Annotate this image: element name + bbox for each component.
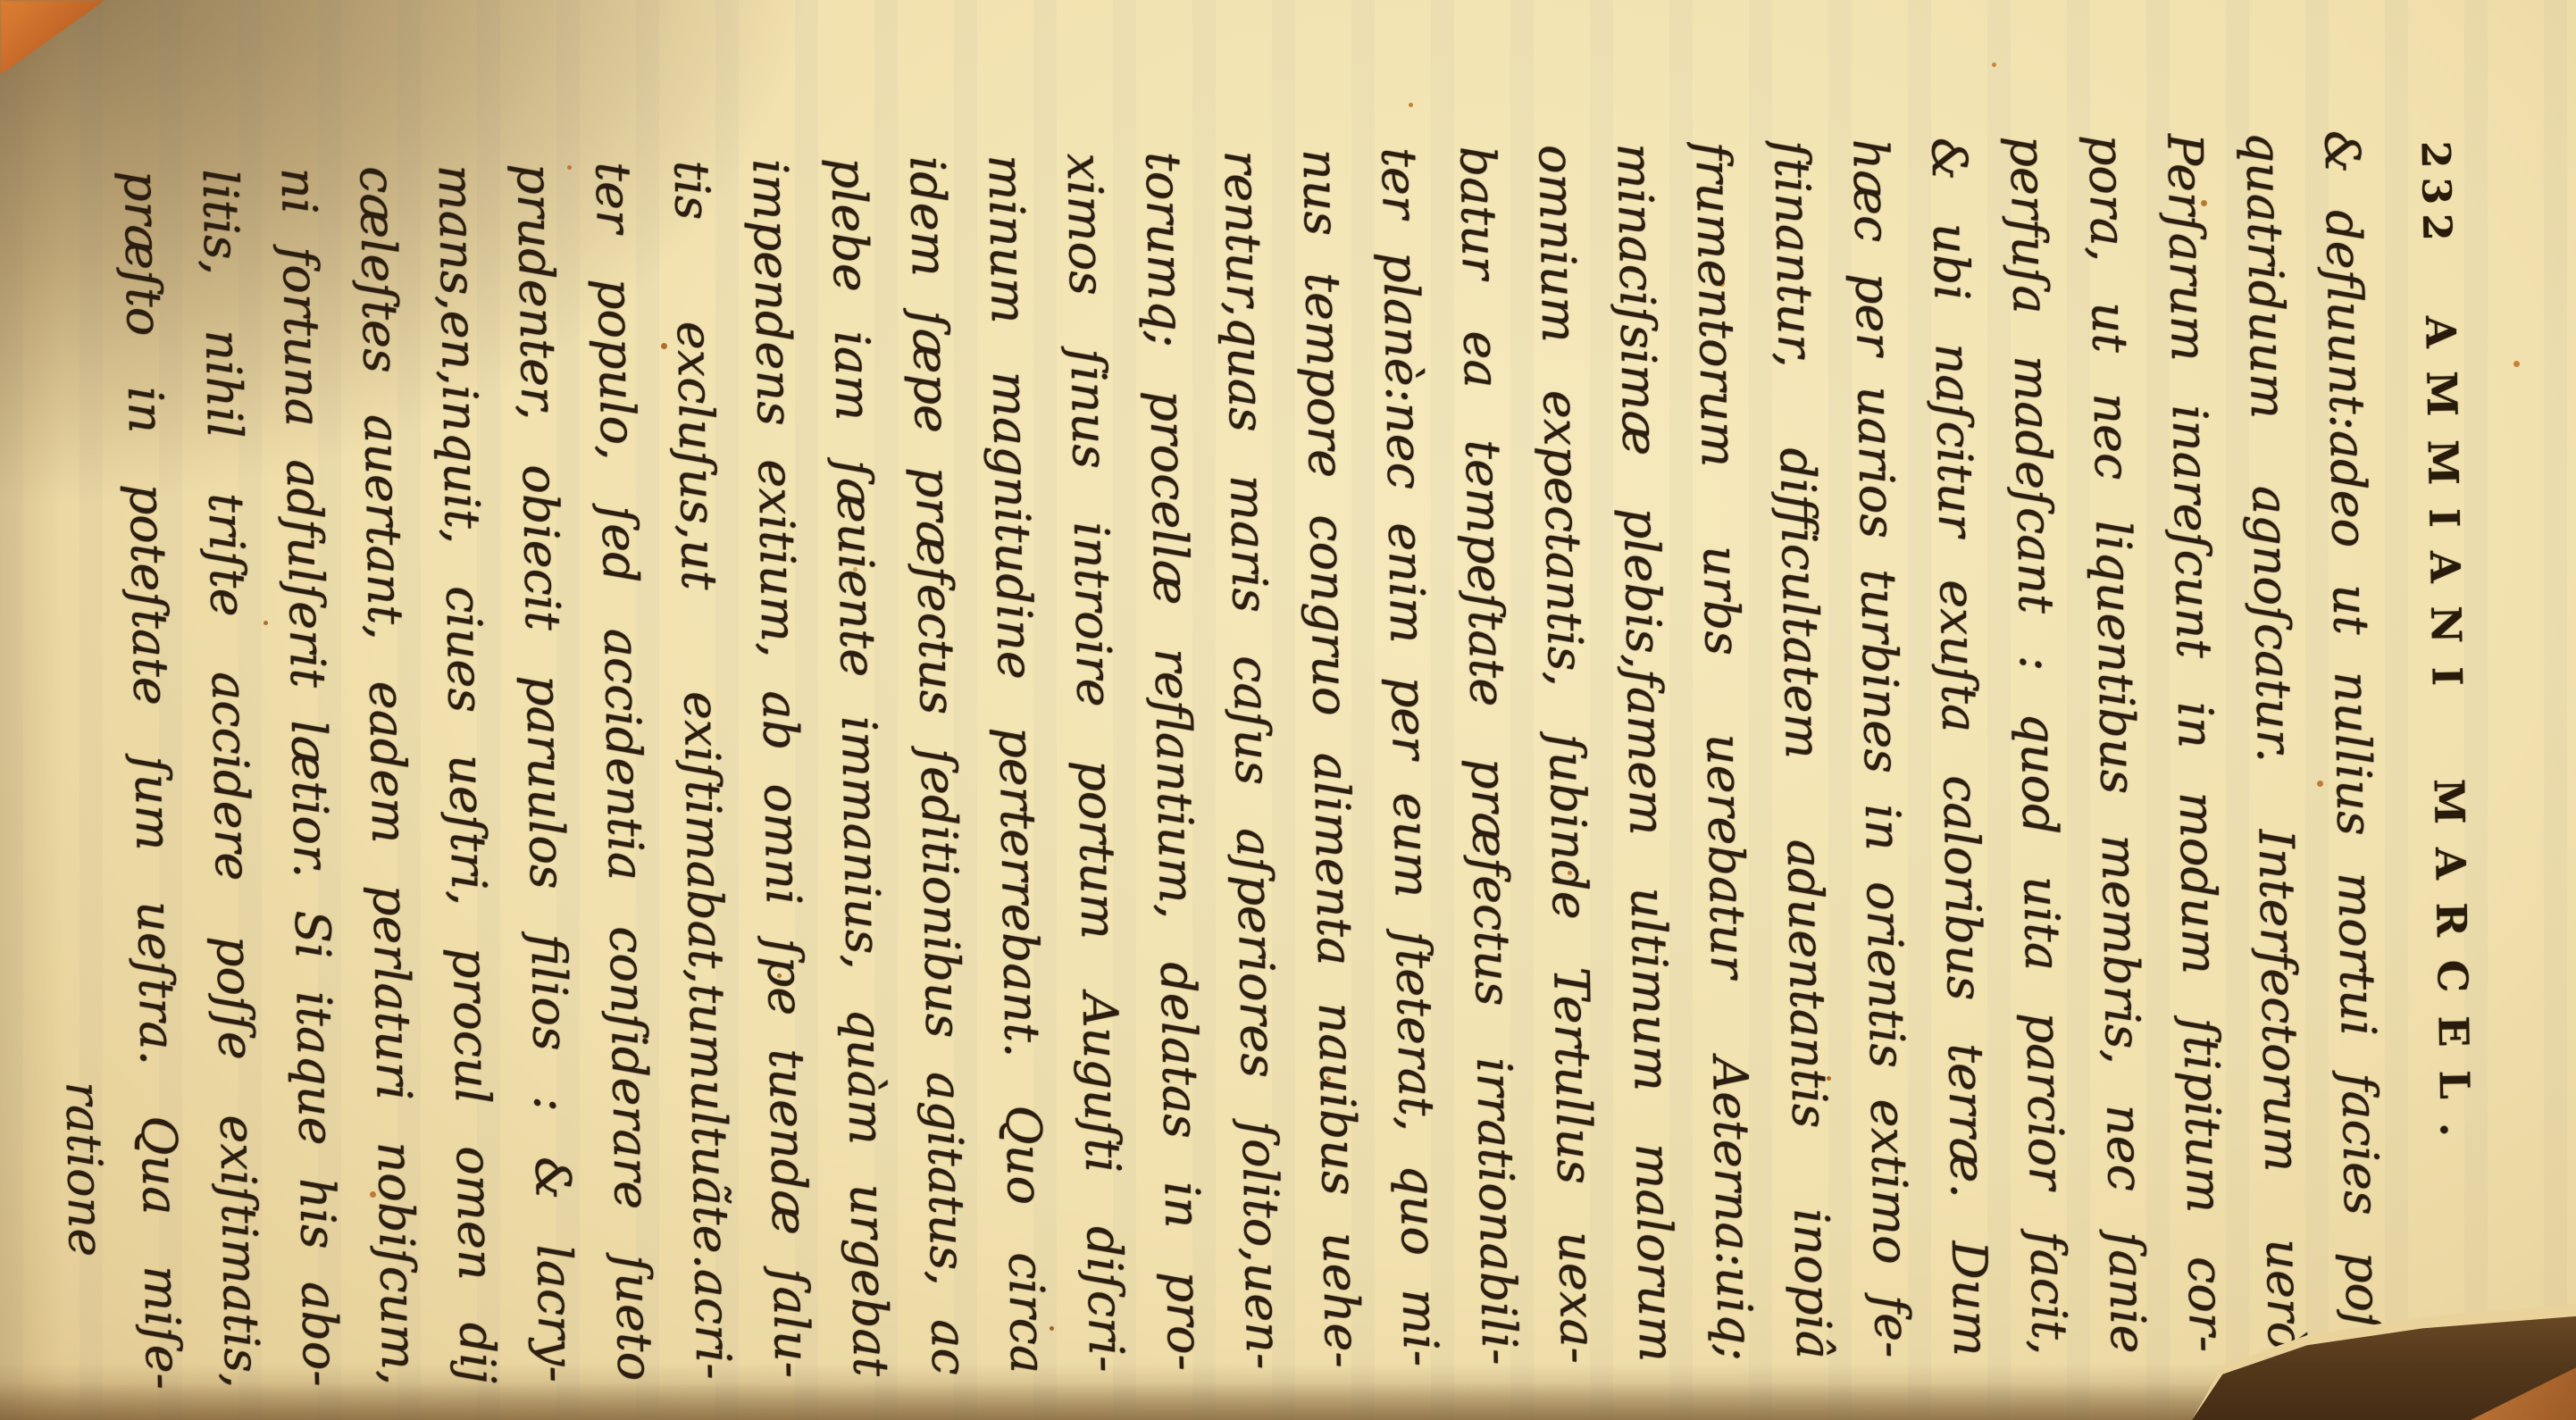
page-number: 232 [2413,140,2460,250]
page-text: 232 AMMIANI MARCEL. & defluunt:adeo ut n… [25,128,2504,1391]
bottom-edge-shadow [0,1382,2576,1420]
book-photo: 232 AMMIANI MARCEL. & defluunt:adeo ut n… [0,0,2576,1420]
under-pages-bottom-right [2192,1299,2576,1420]
rotated-text-block: 232 AMMIANI MARCEL. & defluunt:adeo ut n… [25,128,2504,1391]
catchword: ratione [54,1081,114,1257]
